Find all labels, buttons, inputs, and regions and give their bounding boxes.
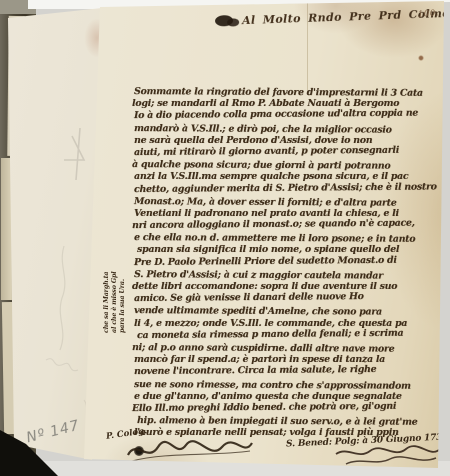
manuscript-line: Ello Ill.mo preghi Iddio bened. che potr… [132, 400, 443, 415]
manuscript-line: aiuti, mi ritirarò il giorno avanti, p p… [134, 144, 443, 159]
manuscript-line: ni; al p.o anno sarà cuspidirne. dalli a… [132, 342, 443, 356]
manuscript-scan: Nº 147 Al Molto Rndo Pre Prd Colmo 100. … [0, 0, 450, 476]
manuscript-line: vende ultimamte spediti d'Amelne, che so… [134, 305, 443, 319]
manuscript-line: Sommamte la ringratio del favore d'impre… [134, 86, 443, 100]
page-number: 100. [418, 8, 440, 19]
postscript-scrawl [124, 435, 256, 465]
manuscript-line: mandarò à V.S.Ill.; e dirò poi, che la m… [134, 123, 443, 137]
letter-body: Sommamte la ringratio del favore d'impre… [134, 86, 443, 439]
margin-note: che sa li Margh.ta al che è misso Gpl pa… [98, 195, 138, 335]
manuscript-line: sue ne sono rimesse, ma contro che s'app… [134, 379, 443, 393]
manuscript-line: novene l'incontrare. Circa la mia salute… [134, 364, 443, 379]
manuscript-line: hip. almeno à ben impiegati il suo serv.… [137, 415, 443, 429]
manuscript-line: e che ella no.n d. ammettere me li loro … [134, 232, 443, 246]
manuscript-line: ca moneta sia rimessa p mano della fenal… [137, 327, 443, 342]
manuscript-line: S. Pietro d'Assisi; à cui z maggior caut… [134, 269, 443, 283]
manuscript-line: Monast.o; Ma, à dover esser li forniti; … [134, 196, 443, 210]
manuscript-line: nri ancora alloggiano il monast.o; se qu… [132, 217, 443, 232]
manuscript-line: Pre D. Paolo Perinelli Priore del sudett… [134, 254, 443, 269]
letter-page: Al Molto Rndo Pre Prd Colmo 100. che sa … [84, 1, 444, 468]
letter-heading: Al Molto Rndo Pre Prd Colmo [214, 6, 450, 28]
manuscript-line: chetto, aggiunder merita di S. Pietro d'… [134, 181, 443, 196]
margin-note-line: para la sua Ura. [118, 195, 126, 333]
margin-note-line: che sa li Margh.ta [102, 195, 110, 333]
margin-note-text: che sa li Margh.ta al che è misso Gpl pa… [102, 195, 126, 333]
ink-blot-icon [214, 13, 240, 28]
manuscript-line: Io à dio piacendo colla pma occasione ud… [134, 108, 443, 123]
manuscript-line: à qualche psona sicura; due giorni à par… [132, 159, 443, 173]
manuscript-line: amico. Se già venisse li danari delle nu… [134, 290, 443, 305]
margin-note-line: al che è misso Gpl [110, 195, 118, 333]
